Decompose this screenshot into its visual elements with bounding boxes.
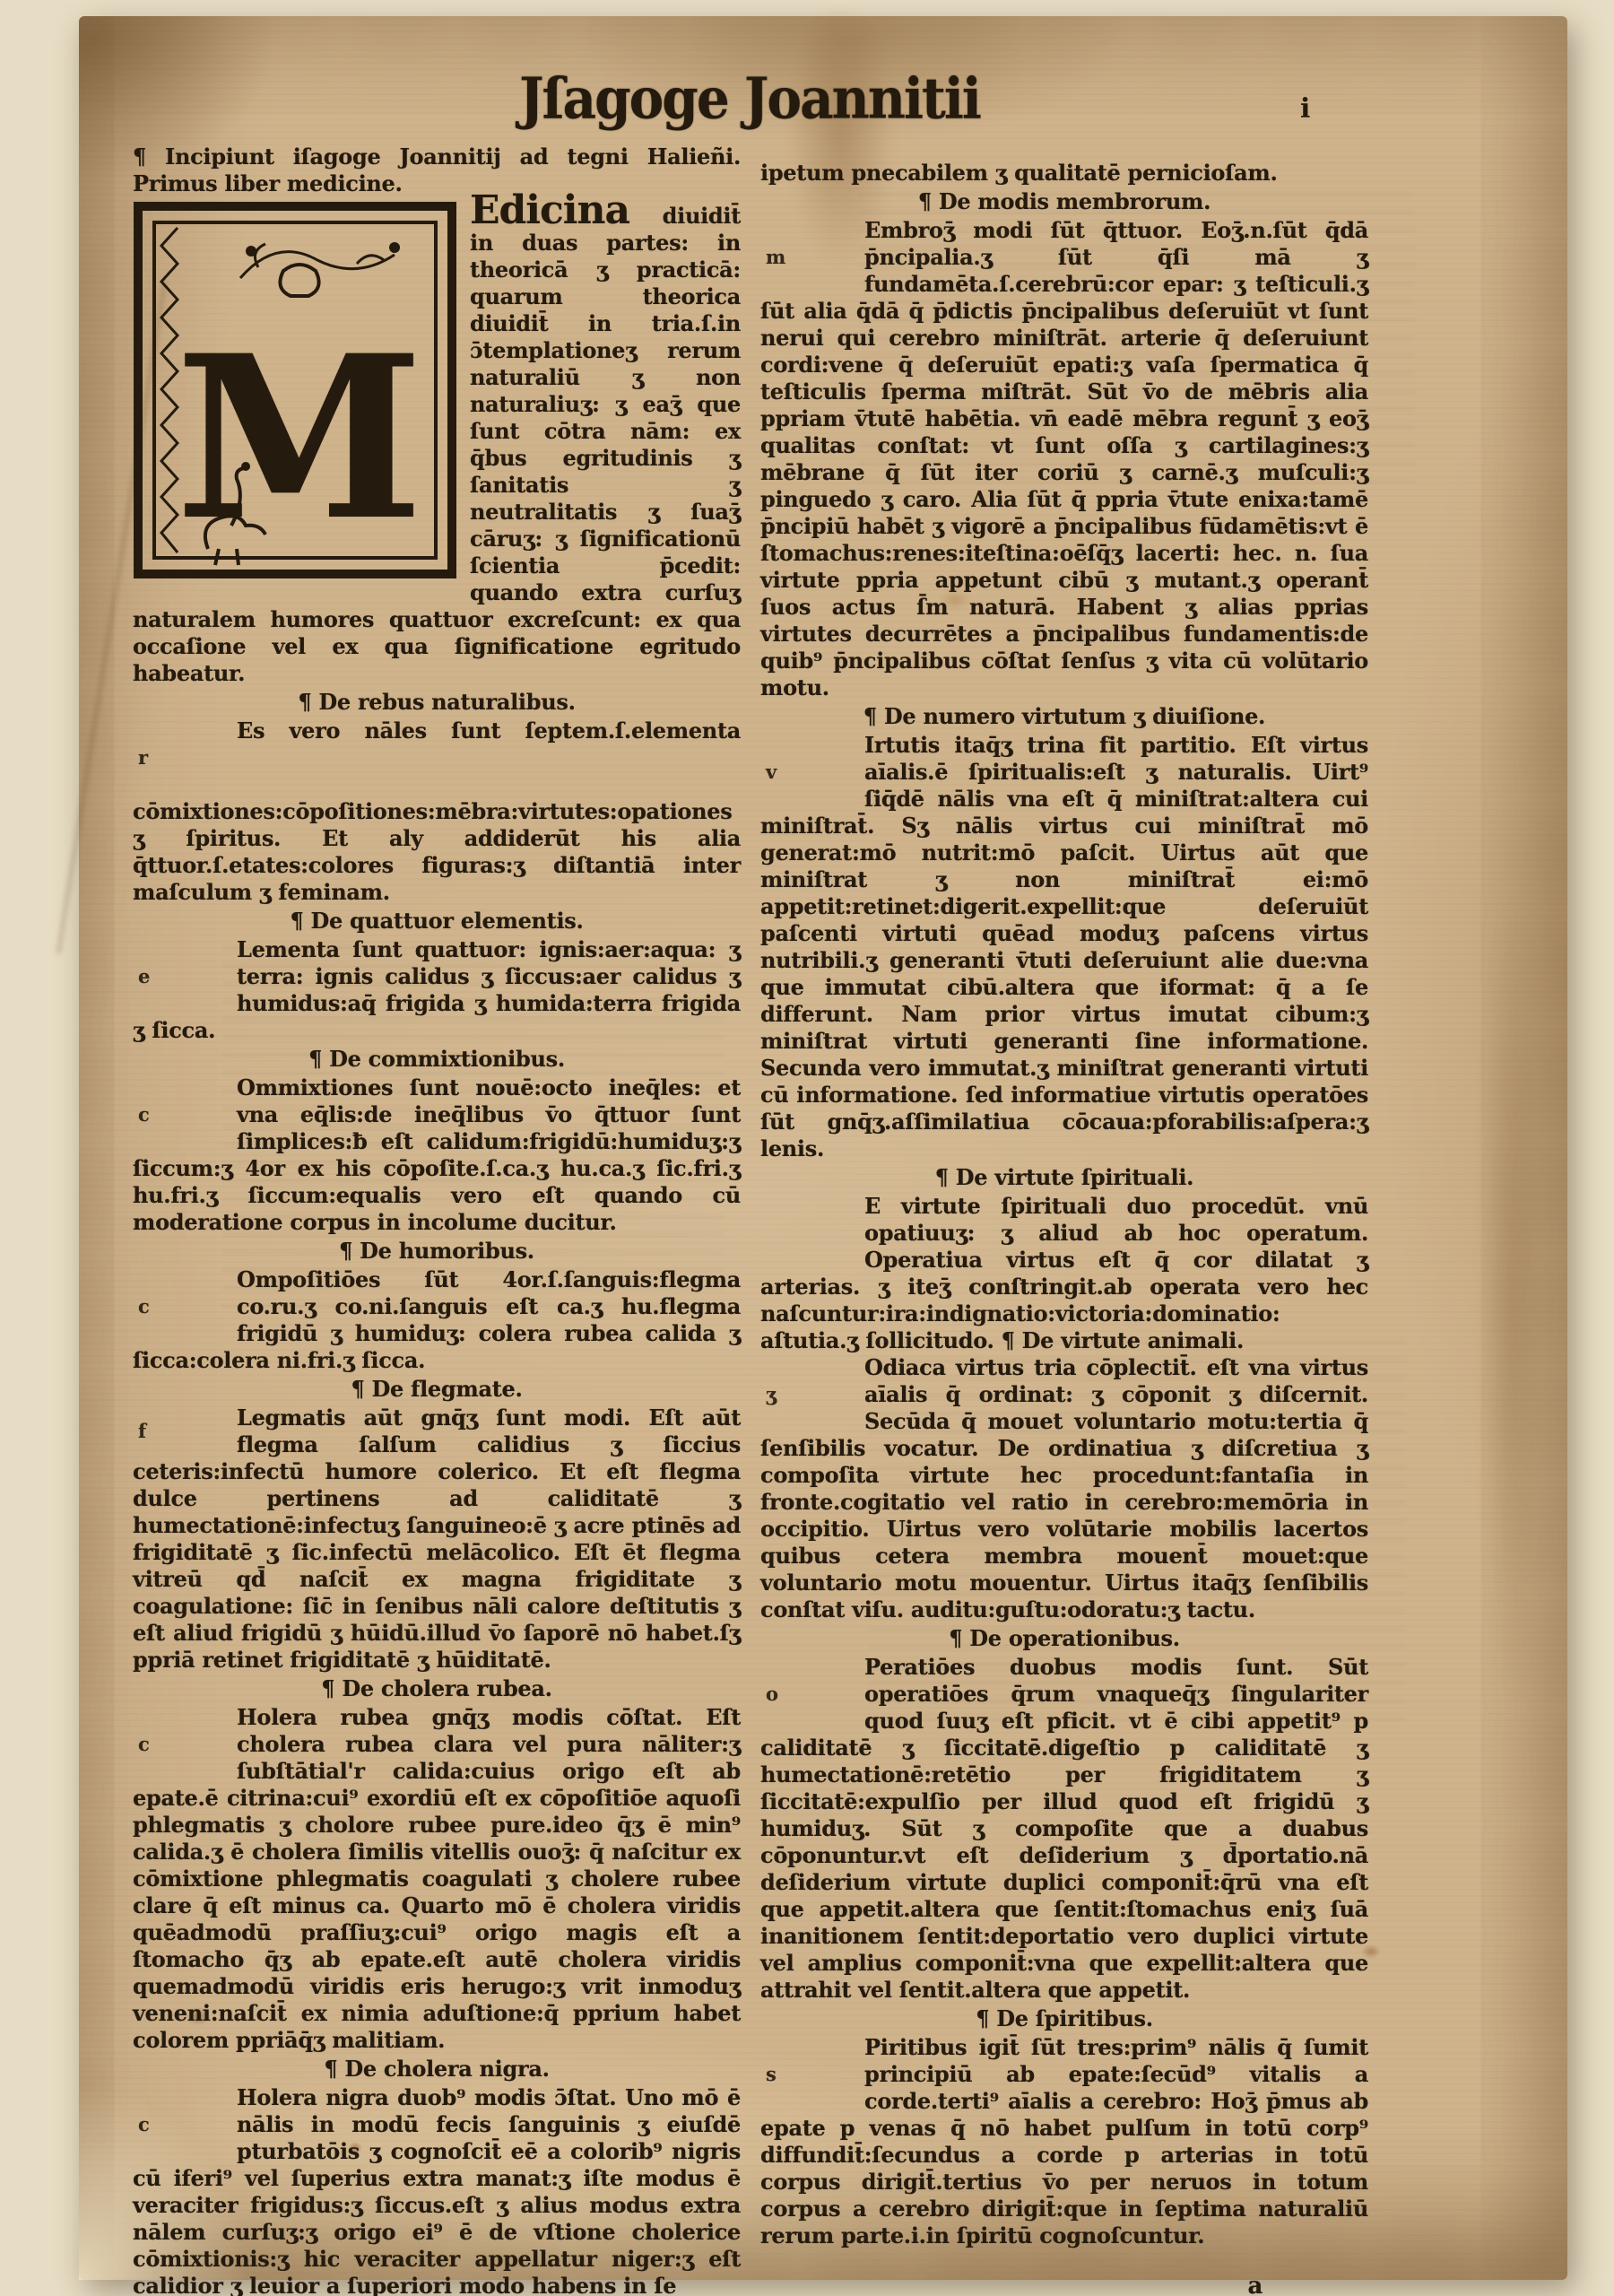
chapter-heading: ¶ De commixtionibus.	[133, 1046, 741, 1073]
chapter-heading: ¶ De cholera nigra.	[133, 2056, 741, 2083]
initial-space: ʒ	[760, 1354, 864, 1435]
paragraph: sPiritibus igit̄ ſūt tres:prim⁹ nālis q̄…	[760, 2034, 1368, 2249]
chapter-heading: ¶ De operationibus.	[760, 1625, 1368, 1652]
guide-letter: m	[760, 244, 785, 271]
opening-paragraph: M Edicina diuidit̄ in duas partes: in th…	[133, 197, 741, 687]
chapter-heading: ¶ De cholera rubea.	[133, 1675, 741, 1702]
stain	[1481, 895, 1544, 1702]
guide-letter: s	[760, 2061, 777, 2088]
woodcut-vase	[280, 265, 318, 296]
paragraph: rEs vero nāles ſunt ſeptem.ſ.elementa cō…	[133, 717, 741, 906]
paragraph: cHolera nigra duob⁹ modis ɔ̄ſtat. Uno mō…	[133, 2084, 741, 2296]
initial-space: s	[760, 2034, 864, 2115]
initial-space	[760, 1193, 864, 1274]
paragraph: ¶ Incipiunt iſagoge Joannitij ad tegni H…	[133, 143, 741, 197]
initial-woodcut: M	[133, 201, 457, 579]
pilcrow-mark: ¶	[949, 1625, 969, 1651]
guide-letter: c	[133, 1293, 150, 1320]
guide-letter: c	[133, 2111, 150, 2138]
pilcrow-mark: ¶	[339, 1238, 360, 1264]
signature-mark: a	[760, 2273, 1368, 2296]
left-column: ¶ Incipiunt iſagoge Joannitij ad tegni H…	[133, 143, 741, 2296]
initial-space: o	[760, 1654, 864, 1735]
opening-first-word: Edicina	[470, 187, 629, 233]
paragraph: vIrtutis itaq̄ʒ trina fit partitio. Eſt …	[760, 732, 1368, 1162]
initial-space: v	[760, 732, 864, 813]
pilcrow-mark: ¶	[298, 689, 318, 715]
running-title: Jſagoge Joannitii	[133, 65, 1367, 131]
paragraph: cOmpoſitiōes ſūt 4or.ſ.ſanguis:flegma co…	[133, 1266, 741, 1374]
initial-space: c	[133, 2084, 237, 2165]
chapter-heading: ¶ De flegmate.	[133, 1376, 741, 1403]
guide-letter: o	[760, 1681, 778, 1708]
initial-space: c	[133, 1704, 237, 1785]
initial-letter: M	[176, 306, 423, 570]
paragraph: eLementa ſunt quattuor: ignis:aer:aqua: …	[133, 936, 741, 1044]
initial-space: e	[133, 936, 237, 1017]
guide-letter: v	[760, 759, 777, 786]
pilcrow-mark: ¶	[918, 188, 939, 214]
initial-space: m	[760, 217, 864, 298]
guide-letter: f	[133, 1418, 146, 1445]
initial-space: c	[133, 1266, 237, 1347]
guide-letter: c	[133, 1101, 150, 1128]
chapter-heading: ¶ De ſpiritibus.	[760, 2005, 1368, 2032]
paragraph: mEmbroʒ̄ modi ſūt q̄ttuor. Eoʒ̄.n.ſūt q̄…	[760, 217, 1368, 701]
right-column: ipetum pnecabilem ʒ qualitatē pernicioſa…	[760, 160, 1368, 2296]
paragraph: cOmmixtiones ſunt nouē:octo ineq̄les: et…	[133, 1074, 741, 1236]
chapter-heading: ¶ De virtute ſpirituali.	[760, 1164, 1368, 1191]
paragraph: ʒOdiaca virtus tria cōplectit̄. eſt vna …	[760, 1354, 1368, 1623]
guide-letter: ʒ	[760, 1381, 777, 1408]
initial-space: c	[133, 1074, 237, 1155]
pilcrow-mark: ¶	[351, 1376, 371, 1402]
pilcrow-mark: ¶	[976, 2005, 996, 2031]
guide-letter: e	[133, 963, 150, 990]
chapter-heading: ¶ De humoribus.	[133, 1238, 741, 1265]
pilcrow-mark: ¶	[935, 1164, 956, 1190]
pilcrow-mark: ¶	[321, 1675, 342, 1701]
initial-space: r	[133, 717, 237, 798]
initial-space: f	[133, 1405, 237, 1458]
book-page: Jſagoge Joannitii i ¶ Incipiunt iſagoge …	[79, 16, 1567, 2280]
folio-number: i	[1300, 93, 1310, 125]
pilcrow-mark: ¶	[324, 2056, 344, 2082]
pilcrow-mark: ¶	[308, 1046, 329, 1072]
pilcrow-mark: ¶	[133, 143, 165, 170]
paragraph: oPeratiōes duobus modis ſunt. Sūt operat…	[760, 1654, 1368, 2004]
guide-letter: r	[133, 744, 148, 771]
paragraph: ipetum pnecabilem ʒ qualitatē pernicioſa…	[760, 160, 1368, 187]
pilcrow-mark: ¶	[863, 703, 884, 729]
paragraph: cHolera rubea gnq̄ʒ modis cōſtat. Eſt ch…	[133, 1704, 741, 2054]
pilcrow-mark: ¶	[290, 908, 310, 934]
chapter-heading: ¶ De rebus naturalibus.	[133, 689, 741, 716]
chapter-heading: ¶ De modis membrorum.	[760, 188, 1368, 215]
guide-letter: c	[133, 1731, 150, 1758]
chapter-heading: ¶ De numero virtutum ʒ diuiſione.	[760, 703, 1368, 730]
paragraph: E virtute ſpirituali duo procedūt. vnū o…	[760, 1193, 1368, 1354]
paragraph: fLegmatis aūt gnq̄ʒ ſunt modi. Eſt aūt f…	[133, 1405, 741, 1674]
chapter-heading: ¶ De quattuor elementis.	[133, 908, 741, 935]
